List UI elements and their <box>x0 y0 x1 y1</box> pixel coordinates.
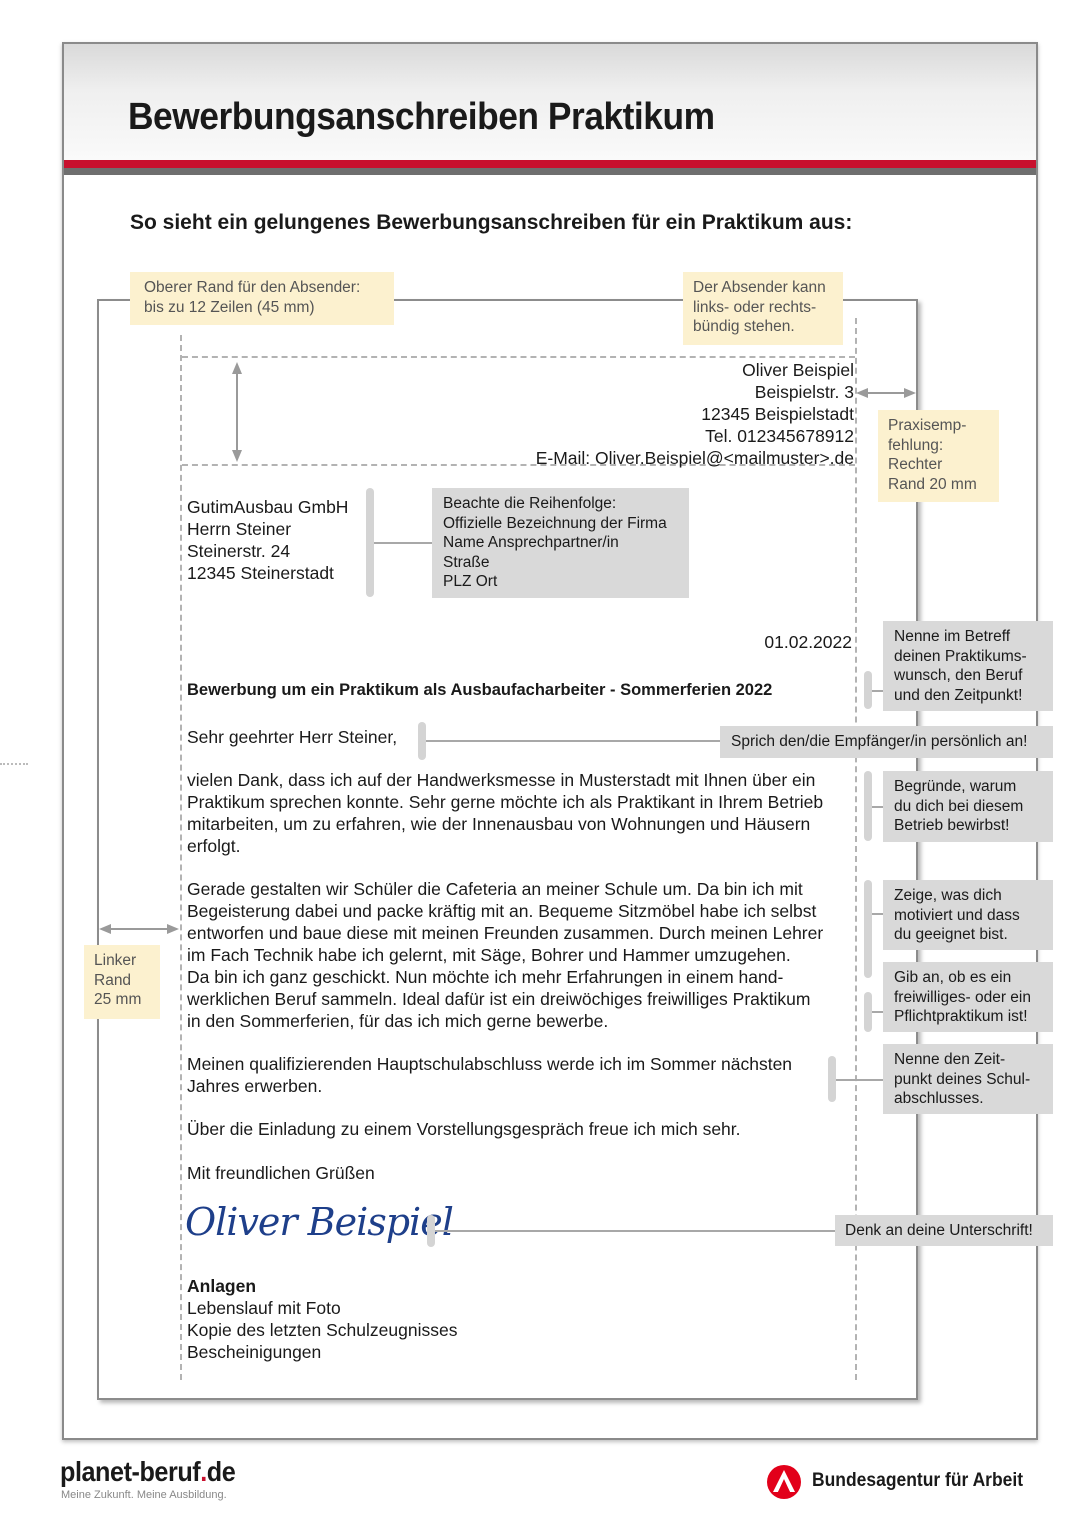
text-line: Praktikum sprechen konnte. Sehr gerne mö… <box>187 791 823 813</box>
note-line: und den Zeitpunkt! <box>894 686 1042 706</box>
grey-divider <box>64 168 1036 175</box>
note-top-margin: Oberer Rand für den Absender: bis zu 12 … <box>130 272 394 325</box>
note-line: bündig stehen. <box>693 317 829 337</box>
recipient-bracket <box>366 488 374 597</box>
page-title: Bewerbungsanschreiben Praktikum <box>128 96 715 139</box>
letter-paragraph-2: Gerade gestalten wir Schüler die Cafeter… <box>187 878 823 1032</box>
internship-type-bracket <box>864 992 872 1032</box>
recipient-city: 12345 Steinerstadt <box>187 562 348 584</box>
note-line: Name Ansprechpartner/in <box>443 533 678 553</box>
red-divider <box>64 160 1036 168</box>
bundesagentur-logo-icon <box>766 1464 802 1500</box>
text-line: Gerade gestalten wir Schüler die Cafeter… <box>187 878 823 900</box>
letter-paragraph-1: vielen Dank, dass ich auf der Handwerksm… <box>187 769 823 857</box>
graduation-connector <box>836 1079 883 1081</box>
handwritten-signature: Oliver Beispiel <box>185 1200 453 1244</box>
note-line: freiwilliges- oder ein <box>894 988 1042 1008</box>
note-motivation: Zeige, was dich motiviert und dass du ge… <box>883 880 1053 950</box>
sender-name: Oliver Beispiel <box>536 359 854 381</box>
note-line: du dich bei diesem <box>894 797 1042 817</box>
note-reason: Begründe, warum du dich bei diesem Betri… <box>883 771 1053 842</box>
logo-tld: de <box>207 1456 236 1487</box>
note-line: deinen Praktikums- <box>894 647 1042 667</box>
note-line: Pflichtpraktikum ist! <box>894 1007 1042 1027</box>
recipient-block: GutimAusbau GmbH Herrn Steiner Steinerst… <box>187 496 348 584</box>
motivation-connector <box>872 913 883 915</box>
internship-type-connector <box>872 1011 883 1013</box>
note-line: Oberer Rand für den Absender: <box>144 278 380 298</box>
attachments-block: Anlagen Lebenslauf mit Foto Kopie des le… <box>187 1275 457 1363</box>
salutation-bracket <box>418 722 426 760</box>
letter-date: 01.02.2022 <box>764 631 852 653</box>
note-line: abschlusses. <box>894 1089 1042 1109</box>
note-line: fehlung: <box>888 436 985 456</box>
reason-connector <box>872 806 883 808</box>
text-line: in den Sommerferien, für das ich mich ge… <box>187 1010 823 1032</box>
sender-block: Oliver Beispiel Beispielstr. 3 12345 Bei… <box>536 359 854 469</box>
recipient-street: Steinerstr. 24 <box>187 540 348 562</box>
note-line: Begründe, warum <box>894 777 1042 797</box>
note-line: Praxisemp- <box>888 416 985 436</box>
note-line: punkt deines Schul- <box>894 1070 1042 1090</box>
note-line: 25 mm <box>94 990 146 1010</box>
logo-name: planet-beruf <box>60 1456 200 1487</box>
subtitle: So sieht ein gelungenes Bewerbungsanschr… <box>130 211 852 235</box>
recipient-company: GutimAusbau GmbH <box>187 496 348 518</box>
note-subject: Nenne im Betreff deinen Praktikums- wuns… <box>883 621 1053 711</box>
text-line: erfolgt. <box>187 835 823 857</box>
attachment-item: Lebenslauf mit Foto <box>187 1297 457 1319</box>
note-line: PLZ Ort <box>443 572 678 592</box>
text-line: Da bin ich ganz geschickt. Nun möchte ic… <box>187 966 823 988</box>
planet-beruf-logo[interactable]: planet-beruf.de <box>60 1456 235 1488</box>
note-line: du geeignet bist. <box>894 925 1042 945</box>
note-line: Zeige, was dich <box>894 886 1042 906</box>
vertical-arrow-icon <box>229 362 245 462</box>
note-left-margin: Linker Rand 25 mm <box>84 945 160 1019</box>
note-line: Beachte die Reihenfolge: <box>443 494 678 514</box>
note-right-margin: Praxisemp- fehlung: Rechter Rand 20 mm <box>878 410 999 502</box>
note-graduation: Nenne den Zeit- punkt deines Schul- absc… <box>883 1044 1053 1114</box>
note-line: Rand 20 mm <box>888 475 985 495</box>
graduation-bracket <box>828 1056 836 1102</box>
salutation-connector <box>426 740 720 742</box>
attachment-item: Kopie des letzten Schulzeugnisses <box>187 1319 457 1341</box>
subject-connector <box>872 690 883 692</box>
note-line: bis zu 12 Zeilen (45 mm) <box>144 298 380 318</box>
note-line: links- oder rechts- <box>693 298 829 318</box>
reason-bracket <box>864 771 872 841</box>
note-sender-alignment: Der Absender kann links- oder rechts- bü… <box>683 272 843 345</box>
subject-bracket <box>864 671 872 709</box>
text-line: werklichen Beruf sammeln. Ideal dafür is… <box>187 988 823 1010</box>
note-line: Linker <box>94 951 146 971</box>
note-line: Offizielle Bezeichnung der Firma <box>443 514 678 534</box>
letter-paragraph-3: Meinen qualifizierenden Hauptschulabschl… <box>187 1053 792 1097</box>
text-line: entworfen und baue diese mit meinen Freu… <box>187 922 823 944</box>
note-line: Straße <box>443 553 678 573</box>
recipient-connector <box>374 542 432 544</box>
text-line: Meinen qualifizierenden Hauptschulabschl… <box>187 1053 792 1075</box>
text-line: mitarbeiten, um zu erfahren, wie der Inn… <box>187 813 823 835</box>
note-line: motiviert und dass <box>894 906 1042 926</box>
signature-connector <box>435 1230 835 1232</box>
note-line: Gib an, ob es ein <box>894 968 1042 988</box>
letter-subject: Bewerbung um ein Praktikum als Ausbaufac… <box>187 679 772 701</box>
attachments-title: Anlagen <box>187 1275 457 1297</box>
left-margin-guide <box>180 335 182 1380</box>
note-salutation: Sprich den/die Empfänger/in persönlich a… <box>720 726 1053 758</box>
right-margin-arrow-icon <box>856 385 916 401</box>
text-line: im Fach Technik habe ich gelernt, mit Sä… <box>187 944 823 966</box>
note-internship-type: Gib an, ob es ein freiwilliges- oder ein… <box>883 962 1053 1032</box>
note-line: Rand <box>94 971 146 991</box>
letter-closing: Mit freundlichen Grüßen <box>187 1162 375 1184</box>
motivation-bracket <box>864 880 872 978</box>
letter-salutation: Sehr geehrter Herr Steiner, <box>187 726 397 748</box>
text-line: Begeisterung dabei und packe kräftig mit… <box>187 900 823 922</box>
signature-bracket <box>427 1215 435 1247</box>
note-line: Nenne im Betreff <box>894 627 1042 647</box>
sender-phone: Tel. 012345678912 <box>536 425 854 447</box>
sender-top-guide <box>182 356 855 358</box>
text-line: Jahres erwerben. <box>187 1075 792 1097</box>
text-line: vielen Dank, dass ich auf der Handwerksm… <box>187 769 823 791</box>
logo-tagline: Meine Zukunft. Meine Ausbildung. <box>61 1489 227 1501</box>
recipient-contact: Herrn Steiner <box>187 518 348 540</box>
sender-city: 12345 Beispielstadt <box>536 403 854 425</box>
sender-street: Beispielstr. 3 <box>536 381 854 403</box>
note-line: Betrieb bewirbst! <box>894 816 1042 836</box>
note-line: Rechter <box>888 455 985 475</box>
note-line: wunsch, den Beruf <box>894 666 1042 686</box>
note-line: Nenne den Zeit- <box>894 1050 1042 1070</box>
note-recipient-order: Beachte die Reihenfolge: Offizielle Beze… <box>432 488 689 598</box>
bundesagentur-name: Bundesagentur für Arbeit <box>812 1470 1023 1492</box>
attachment-item: Bescheinigungen <box>187 1341 457 1363</box>
note-signature: Denk an deine Unterschrift! <box>835 1215 1053 1246</box>
sender-email: E-Mail: Oliver.Beispiel@<mailmuster>.de <box>536 447 854 469</box>
left-margin-arrow-icon <box>99 921 179 937</box>
dotted-mark <box>0 763 28 765</box>
note-line: Der Absender kann <box>693 278 829 298</box>
letter-paragraph-4: Über die Einladung zu einem Vorstellungs… <box>187 1118 741 1140</box>
